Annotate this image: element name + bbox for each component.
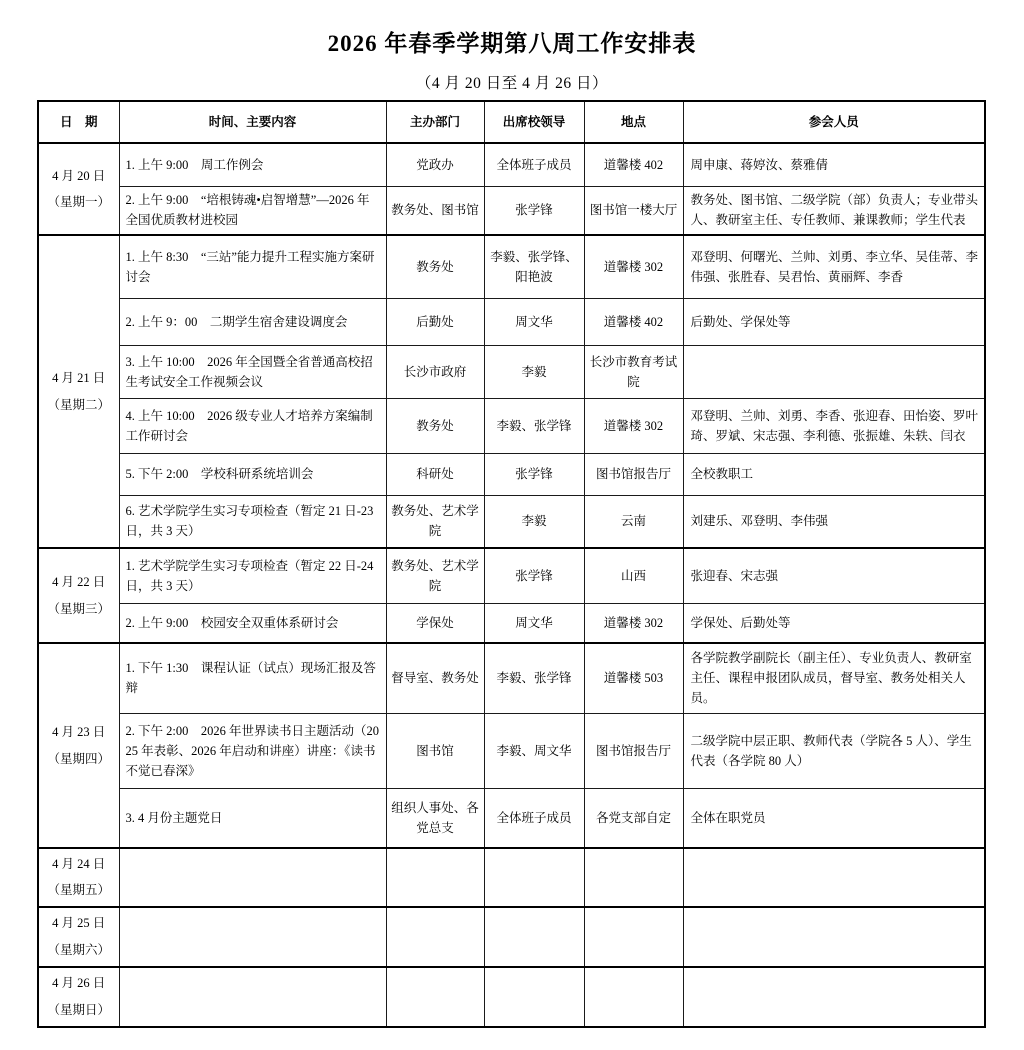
location-cell: 道馨楼 503 [584, 643, 683, 713]
participants-cell: 刘建乐、邓登明、李伟强 [683, 495, 985, 548]
participants-cell: 周申康、蒋婷汝、蔡雅倩 [683, 143, 985, 186]
date-cell: 4 月 23 日 （星期四） [38, 643, 119, 848]
location-cell: 道馨楼 302 [584, 603, 683, 643]
table-row: 4 月 25 日 （星期六） [38, 907, 985, 967]
department-cell: 督导室、教务处 [386, 643, 484, 713]
department-cell: 图书馆 [386, 713, 484, 788]
content-cell: 2. 上午 9:00 “培根铸魂•启智增慧”—2026 年全国优质教材进校园 [119, 186, 386, 235]
date-label: 4 月 25 日 [41, 910, 117, 936]
date-cell: 4 月 20 日 （星期一） [38, 143, 119, 235]
department-cell: 学保处 [386, 603, 484, 643]
department-cell [386, 967, 484, 1027]
location-cell: 道馨楼 302 [584, 235, 683, 298]
participants-cell [683, 907, 985, 967]
participants-cell [683, 967, 985, 1027]
leaders-cell: 张学锋 [484, 548, 584, 603]
date-label: 4 月 21 日 [41, 365, 117, 391]
participants-cell: 各学院教学副院长（副主任）、专业负责人、教研室主任、课程申报团队成员，督导室、教… [683, 643, 985, 713]
table-row: 4 月 21 日 （星期二） 1. 上午 8:30 “三站”能力提升工程实施方案… [38, 235, 985, 298]
date-label: 4 月 23 日 [41, 719, 117, 745]
location-cell: 各党支部自定 [584, 788, 683, 848]
leaders-cell: 张学锋 [484, 186, 584, 235]
weekday-label: （星期四） [41, 746, 117, 772]
content-cell: 1. 艺术学院学生实习专项检查（暂定 22 日-24 日，共 3 天） [119, 548, 386, 603]
participants-cell: 邓登明、兰帅、刘勇、李香、张迎春、田怡姿、罗叶琦、罗斌、宋志强、李利德、张振雄、… [683, 398, 985, 453]
leaders-cell [484, 907, 584, 967]
location-cell: 道馨楼 302 [584, 398, 683, 453]
table-row: 6. 艺术学院学生实习专项检查（暂定 21 日-23 日，共 3 天） 教务处、… [38, 495, 985, 548]
department-cell: 长沙市政府 [386, 345, 484, 398]
content-cell [119, 907, 386, 967]
content-cell: 5. 下午 2:00 学校科研系统培训会 [119, 453, 386, 495]
page-subtitle: （4 月 20 日至 4 月 26 日） [0, 71, 1024, 93]
table-row: 5. 下午 2:00 学校科研系统培训会 科研处 张学锋 图书馆报告厅 全校教职… [38, 453, 985, 495]
table-row: 4. 上午 10:00 2026 级专业人才培养方案编制工作研讨会 教务处 李毅… [38, 398, 985, 453]
header-date: 日 期 [38, 101, 119, 143]
participants-cell: 后勤处、学保处等 [683, 298, 985, 345]
table-row: 4 月 26 日 （星期日） [38, 967, 985, 1027]
schedule-table: 日 期 时间、主要内容 主办部门 出席校领导 地点 参会人员 4 月 20 日 … [37, 100, 986, 1028]
table-row: 4 月 20 日 （星期一） 1. 上午 9:00 周工作例会 党政办 全体班子… [38, 143, 985, 186]
participants-cell: 张迎春、宋志强 [683, 548, 985, 603]
table-row: 2. 上午 9:00 校园安全双重体系研讨会 学保处 周文华 道馨楼 302 学… [38, 603, 985, 643]
department-cell: 教务处 [386, 235, 484, 298]
department-cell: 教务处、艺术学院 [386, 495, 484, 548]
location-cell: 长沙市教育考试院 [584, 345, 683, 398]
content-cell [119, 967, 386, 1027]
content-cell: 3. 4 月份主题党日 [119, 788, 386, 848]
date-label: 4 月 22 日 [41, 569, 117, 595]
weekday-label: （星期三） [41, 596, 117, 622]
leaders-cell: 张学锋 [484, 453, 584, 495]
location-cell: 道馨楼 402 [584, 298, 683, 345]
date-cell: 4 月 24 日 （星期五） [38, 848, 119, 907]
table-row: 2. 下午 2:00 2026 年世界读书日主题活动（2025 年表彰、2026… [38, 713, 985, 788]
date-cell: 4 月 22 日 （星期三） [38, 548, 119, 643]
leaders-cell: 周文华 [484, 603, 584, 643]
leaders-cell: 周文华 [484, 298, 584, 345]
table-row: 4 月 24 日 （星期五） [38, 848, 985, 907]
leaders-cell: 全体班子成员 [484, 143, 584, 186]
department-cell: 组织人事处、各党总支 [386, 788, 484, 848]
content-cell: 2. 上午 9:00 校园安全双重体系研讨会 [119, 603, 386, 643]
content-cell: 4. 上午 10:00 2026 级专业人才培养方案编制工作研讨会 [119, 398, 386, 453]
department-cell: 教务处、图书馆 [386, 186, 484, 235]
header-content: 时间、主要内容 [119, 101, 386, 143]
location-cell [584, 848, 683, 907]
content-cell: 6. 艺术学院学生实习专项检查（暂定 21 日-23 日，共 3 天） [119, 495, 386, 548]
location-cell: 云南 [584, 495, 683, 548]
page-title: 2026 年春季学期第八周工作安排表 [0, 0, 1024, 58]
table-row: 2. 上午 9:00 “培根铸魂•启智增慧”—2026 年全国优质教材进校园 教… [38, 186, 985, 235]
department-cell: 教务处 [386, 398, 484, 453]
content-cell [119, 848, 386, 907]
department-cell: 教务处、艺术学院 [386, 548, 484, 603]
header-department: 主办部门 [386, 101, 484, 143]
table-row: 3. 4 月份主题党日 组织人事处、各党总支 全体班子成员 各党支部自定 全体在… [38, 788, 985, 848]
leaders-cell [484, 967, 584, 1027]
leaders-cell: 全体班子成员 [484, 788, 584, 848]
location-cell: 图书馆报告厅 [584, 453, 683, 495]
leaders-cell: 李毅、张学锋 [484, 643, 584, 713]
weekday-label: （星期六） [41, 937, 117, 963]
participants-cell: 学保处、后勤处等 [683, 603, 985, 643]
participants-cell: 全体在职党员 [683, 788, 985, 848]
header-location: 地点 [584, 101, 683, 143]
date-label: 4 月 26 日 [41, 970, 117, 996]
date-label: 4 月 24 日 [41, 851, 117, 877]
content-cell: 1. 上午 8:30 “三站”能力提升工程实施方案研讨会 [119, 235, 386, 298]
participants-cell: 二级学院中层正职、教师代表（学院各 5 人）、学生代表（各学院 80 人） [683, 713, 985, 788]
date-cell: 4 月 25 日 （星期六） [38, 907, 119, 967]
header-row: 日 期 时间、主要内容 主办部门 出席校领导 地点 参会人员 [38, 101, 985, 143]
content-cell: 2. 下午 2:00 2026 年世界读书日主题活动（2025 年表彰、2026… [119, 713, 386, 788]
leaders-cell: 李毅、张学锋、阳艳波 [484, 235, 584, 298]
document-page: 2026 年春季学期第八周工作安排表 （4 月 20 日至 4 月 26 日） … [0, 0, 1024, 1050]
participants-cell: 全校教职工 [683, 453, 985, 495]
weekday-label: （星期日） [41, 997, 117, 1023]
weekday-label: （星期二） [41, 392, 117, 418]
location-cell [584, 967, 683, 1027]
participants-cell [683, 848, 985, 907]
location-cell: 山西 [584, 548, 683, 603]
table-row: 2. 上午 9：00 二期学生宿舍建设调度会 后勤处 周文华 道馨楼 402 后… [38, 298, 985, 345]
location-cell: 图书馆报告厅 [584, 713, 683, 788]
participants-cell: 教务处、图书馆、二级学院（部）负责人；专业带头人、教研室主任、专任教师、兼课教师… [683, 186, 985, 235]
department-cell [386, 907, 484, 967]
department-cell: 党政办 [386, 143, 484, 186]
date-cell: 4 月 26 日 （星期日） [38, 967, 119, 1027]
participants-cell: 邓登明、何曙光、兰帅、刘勇、李立华、吴佳蒂、李伟强、张胜春、吴君怡、黄丽辉、李香 [683, 235, 985, 298]
weekday-label: （星期五） [41, 877, 117, 903]
leaders-cell [484, 848, 584, 907]
leaders-cell: 李毅 [484, 345, 584, 398]
content-cell: 1. 上午 9:00 周工作例会 [119, 143, 386, 186]
leaders-cell: 李毅、周文华 [484, 713, 584, 788]
leaders-cell: 李毅 [484, 495, 584, 548]
location-cell: 道馨楼 402 [584, 143, 683, 186]
table-row: 4 月 22 日 （星期三） 1. 艺术学院学生实习专项检查（暂定 22 日-2… [38, 548, 985, 603]
table-row: 4 月 23 日 （星期四） 1. 下午 1:30 课程认证（试点）现场汇报及答… [38, 643, 985, 713]
content-cell: 1. 下午 1:30 课程认证（试点）现场汇报及答辩 [119, 643, 386, 713]
header-participants: 参会人员 [683, 101, 985, 143]
location-cell [584, 907, 683, 967]
participants-cell [683, 345, 985, 398]
location-cell: 图书馆一楼大厅 [584, 186, 683, 235]
header-leaders: 出席校领导 [484, 101, 584, 143]
department-cell: 科研处 [386, 453, 484, 495]
content-cell: 2. 上午 9：00 二期学生宿舍建设调度会 [119, 298, 386, 345]
date-label: 4 月 20 日 [41, 163, 117, 189]
date-cell: 4 月 21 日 （星期二） [38, 235, 119, 548]
weekday-label: （星期一） [41, 189, 117, 215]
content-cell: 3. 上午 10:00 2026 年全国暨全省普通高校招生考试安全工作视频会议 [119, 345, 386, 398]
department-cell [386, 848, 484, 907]
table-row: 3. 上午 10:00 2026 年全国暨全省普通高校招生考试安全工作视频会议 … [38, 345, 985, 398]
department-cell: 后勤处 [386, 298, 484, 345]
leaders-cell: 李毅、张学锋 [484, 398, 584, 453]
